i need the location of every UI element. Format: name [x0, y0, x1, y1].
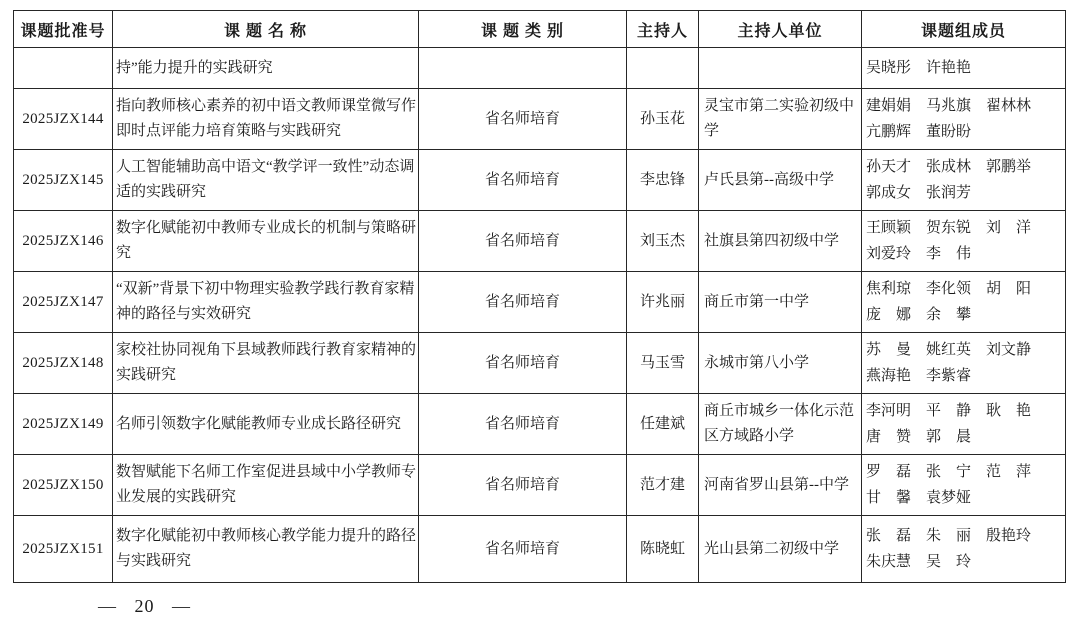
cell-members: 苏 曼 姚红英 刘文静燕海艳 李紫睿 — [862, 333, 1066, 394]
cell-id: 2025JZX147 — [14, 272, 113, 333]
cell-members: 孙天才 张成林 郭鹏举郭成女 张润芳 — [862, 150, 1066, 211]
cell-members: 建娟娟 马兆旗 翟林林亢鹏辉 董盼盼 — [862, 89, 1066, 150]
cell-category: 省名师培育 — [419, 455, 627, 516]
table-header: 课题批准号课 题 名 称课 题 类 别主持人主持人单位课题组成员 — [14, 11, 1066, 48]
column-header-leader: 主持人 — [627, 11, 699, 48]
table-row: 2025JZX149名师引领数字化赋能教师专业成长路径研究省名师培育任建斌商丘市… — [14, 394, 1066, 455]
member-line: 刘爱玲 李 伟 — [866, 241, 1064, 267]
cell-id: 2025JZX146 — [14, 211, 113, 272]
cell-category: 省名师培育 — [419, 150, 627, 211]
cell-members: 罗 磊 张 宁 范 萍甘 馨 袁梦娅 — [862, 455, 1066, 516]
cell-title: “双新”背景下初中物理实验教学践行教育家精神的路径与实效研究 — [113, 272, 419, 333]
cell-leader: 范才建 — [627, 455, 699, 516]
column-header-unit: 主持人单位 — [699, 11, 862, 48]
table-body: 持”能力提升的实践研究吴晓彤 许艳艳2025JZX144指向教师核心素养的初中语… — [14, 48, 1066, 583]
cell-id — [14, 48, 113, 89]
member-line: 苏 曼 姚红英 刘文静 — [866, 337, 1064, 363]
cell-title: 数字化赋能初中教师专业成长的机制与策略研究 — [113, 211, 419, 272]
cell-leader: 刘玉杰 — [627, 211, 699, 272]
cell-leader: 李忠锋 — [627, 150, 699, 211]
table-row: 2025JZX148家校社协同视角下县域教师践行教育家精神的实践研究省名师培育马… — [14, 333, 1066, 394]
cell-id: 2025JZX151 — [14, 516, 113, 583]
cell-members: 李河明 平 静 耿 艳唐 赞 郭 晨 — [862, 394, 1066, 455]
cell-title: 人工智能辅助高中语文“教学评一致性”动态调适的实践研究 — [113, 150, 419, 211]
member-line: 王顾颖 贺东锐 刘 洋 — [866, 215, 1064, 241]
cell-leader: 孙玉花 — [627, 89, 699, 150]
cell-title: 数智赋能下名师工作室促进县域中小学教师专业发展的实践研究 — [113, 455, 419, 516]
cell-members: 张 磊 朱 丽 殷艳玲朱庆慧 吴 玲 — [862, 516, 1066, 583]
document-page: 课题批准号课 题 名 称课 题 类 别主持人主持人单位课题组成员 持”能力提升的… — [0, 0, 1080, 643]
cell-unit: 商丘市第一中学 — [699, 272, 862, 333]
cell-unit: 灵宝市第二实验初级中学 — [699, 89, 862, 150]
cell-members: 王顾颖 贺东锐 刘 洋刘爱玲 李 伟 — [862, 211, 1066, 272]
cell-leader: 马玉雪 — [627, 333, 699, 394]
table-row: 2025JZX151数字化赋能初中教师核心教学能力提升的路径与实践研究省名师培育… — [14, 516, 1066, 583]
cell-members: 吴晓彤 许艳艳 — [862, 48, 1066, 89]
cell-id: 2025JZX149 — [14, 394, 113, 455]
member-line: 朱庆慧 吴 玲 — [866, 549, 1064, 575]
cell-category: 省名师培育 — [419, 89, 627, 150]
cell-title: 指向教师核心素养的初中语文教师课堂微写作即时点评能力培育策略与实践研究 — [113, 89, 419, 150]
member-line: 建娟娟 马兆旗 翟林林 — [866, 93, 1064, 119]
cell-members: 焦利琼 李化领 胡 阳庞 娜 余 攀 — [862, 272, 1066, 333]
member-line: 燕海艳 李紫睿 — [866, 363, 1064, 389]
projects-table: 课题批准号课 题 名 称课 题 类 别主持人主持人单位课题组成员 持”能力提升的… — [13, 10, 1066, 583]
cell-id: 2025JZX145 — [14, 150, 113, 211]
member-line: 亢鹏辉 董盼盼 — [866, 119, 1064, 145]
member-line: 罗 磊 张 宁 范 萍 — [866, 459, 1064, 485]
cell-leader: 任建斌 — [627, 394, 699, 455]
cell-category: 省名师培育 — [419, 394, 627, 455]
cell-id: 2025JZX150 — [14, 455, 113, 516]
cell-category — [419, 48, 627, 89]
header-row: 课题批准号课 题 名 称课 题 类 别主持人主持人单位课题组成员 — [14, 11, 1066, 48]
member-line: 唐 赞 郭 晨 — [866, 424, 1064, 450]
cell-title: 家校社协同视角下县域教师践行教育家精神的实践研究 — [113, 333, 419, 394]
member-line: 郭成女 张润芳 — [866, 180, 1064, 206]
table-row: 持”能力提升的实践研究吴晓彤 许艳艳 — [14, 48, 1066, 89]
table-row: 2025JZX150数智赋能下名师工作室促进县域中小学教师专业发展的实践研究省名… — [14, 455, 1066, 516]
column-header-title: 课 题 名 称 — [113, 11, 419, 48]
member-line: 李河明 平 静 耿 艳 — [866, 398, 1064, 424]
member-line: 甘 馨 袁梦娅 — [866, 485, 1064, 511]
member-line: 焦利琼 李化领 胡 阳 — [866, 276, 1064, 302]
cell-title: 数字化赋能初中教师核心教学能力提升的路径与实践研究 — [113, 516, 419, 583]
cell-leader: 许兆丽 — [627, 272, 699, 333]
cell-leader: 陈晓虹 — [627, 516, 699, 583]
cell-title: 名师引领数字化赋能教师专业成长路径研究 — [113, 394, 419, 455]
cell-category: 省名师培育 — [419, 272, 627, 333]
cell-category: 省名师培育 — [419, 516, 627, 583]
cell-category: 省名师培育 — [419, 333, 627, 394]
cell-unit: 社旗县第四初级中学 — [699, 211, 862, 272]
cell-id: 2025JZX144 — [14, 89, 113, 150]
cell-unit: 卢氏县第--高级中学 — [699, 150, 862, 211]
column-header-id: 课题批准号 — [14, 11, 113, 48]
member-line: 孙天才 张成林 郭鹏举 — [866, 154, 1064, 180]
table-row: 2025JZX147“双新”背景下初中物理实验教学践行教育家精神的路径与实效研究… — [14, 272, 1066, 333]
cell-id: 2025JZX148 — [14, 333, 113, 394]
table-row: 2025JZX144指向教师核心素养的初中语文教师课堂微写作即时点评能力培育策略… — [14, 89, 1066, 150]
member-line: 庞 娜 余 攀 — [866, 302, 1064, 328]
cell-unit: 河南省罗山县第--中学 — [699, 455, 862, 516]
cell-unit: 商丘市城乡一体化示范区方域路小学 — [699, 394, 862, 455]
cell-category: 省名师培育 — [419, 211, 627, 272]
table-row: 2025JZX145人工智能辅助高中语文“教学评一致性”动态调适的实践研究省名师… — [14, 150, 1066, 211]
column-header-members: 课题组成员 — [862, 11, 1066, 48]
cell-unit: 光山县第二初级中学 — [699, 516, 862, 583]
column-header-category: 课 题 类 别 — [419, 11, 627, 48]
cell-unit — [699, 48, 862, 89]
cell-unit: 永城市第八小学 — [699, 333, 862, 394]
cell-title: 持”能力提升的实践研究 — [113, 48, 419, 89]
member-line: 张 磊 朱 丽 殷艳玲 — [866, 523, 1064, 549]
cell-leader — [627, 48, 699, 89]
page-number: — 20 — — [98, 596, 191, 617]
member-line: 吴晓彤 许艳艳 — [866, 55, 1064, 81]
table-row: 2025JZX146数字化赋能初中教师专业成长的机制与策略研究省名师培育刘玉杰社… — [14, 211, 1066, 272]
